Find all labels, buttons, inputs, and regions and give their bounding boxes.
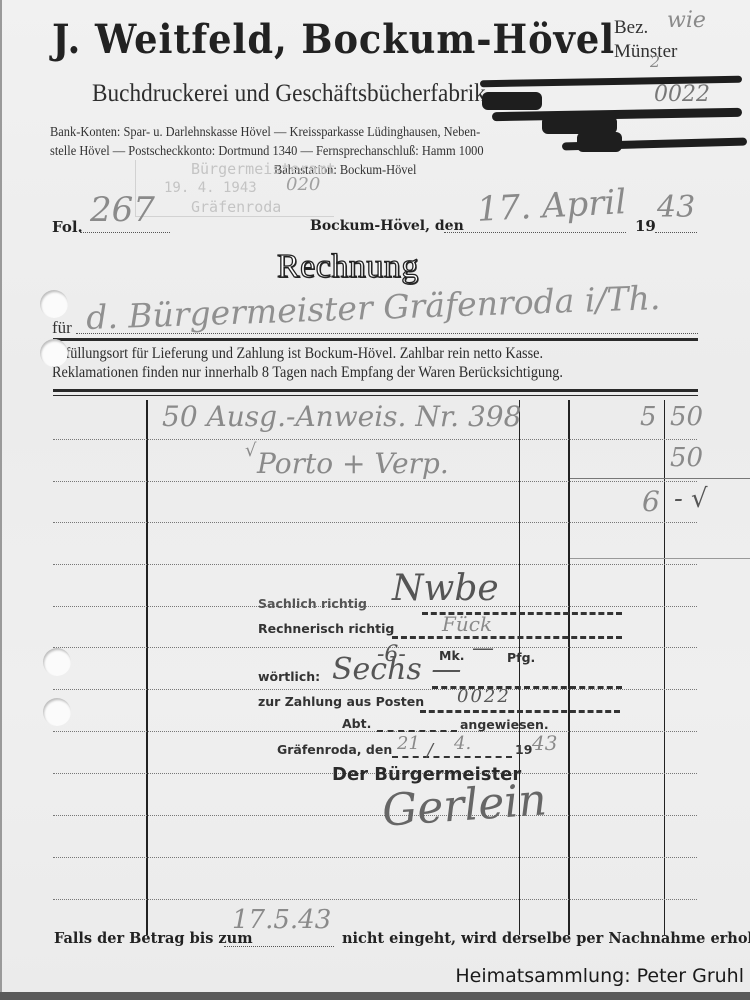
sum-line [570, 478, 750, 479]
terms-line2: Reklamationen finden nur innerhalb 8 Tag… [52, 364, 563, 382]
year-prefix: 19 [635, 217, 656, 235]
handwritten-note-top: wie [667, 8, 706, 33]
table-row-line [53, 857, 697, 858]
woertlich-label: wörtlich: [258, 669, 320, 684]
footer-text-after: nicht eingeht, wird derselbe per Nachnah… [342, 930, 750, 947]
approval-place-label: Gräfenroda, den [277, 742, 392, 757]
recipient-label: für [52, 318, 72, 338]
table-row-line [53, 731, 697, 732]
approval-day[interactable]: 21 [397, 733, 420, 754]
table-row-line [53, 522, 697, 523]
approval-year-prefix: 19 [515, 742, 532, 757]
footer-text-before: Falls der Betrag bis zum [54, 930, 253, 947]
recipient-value[interactable]: d. Bürgermeister Gräfenroda i/Th. [85, 278, 660, 337]
approval-month[interactable]: 4. [454, 733, 471, 754]
date-field-line [444, 232, 626, 233]
bank-accounts-line1: Bank-Konten: Spar- u. Darlehnskasse Höve… [50, 124, 480, 140]
item-amount-pf[interactable]: 50 [670, 443, 703, 473]
item-amount-pf[interactable]: 50 [670, 402, 703, 432]
rechnerisch-label: Rechnerisch richtig [258, 621, 394, 636]
punch-hole [40, 290, 68, 318]
redaction-mark [482, 92, 542, 110]
rechnerisch-signature[interactable]: Fück [442, 612, 492, 636]
table-row-line [53, 481, 697, 482]
amount-pf-value[interactable]: — [472, 636, 494, 661]
punch-hole [43, 698, 71, 726]
item-check-mark: √ [245, 440, 256, 461]
company-subtitle: Buchdruckerei und Geschäftsbücherfabrik [92, 80, 486, 108]
item-amount-mk[interactable]: 6 [642, 485, 660, 518]
receipt-stamp: Bürgermeisteramt 19. 4. 1943 020 Gräfenr… [135, 160, 334, 217]
abt-line [377, 730, 457, 732]
bank-accounts-line2: stelle Hövel — Postscheckkonto: Dortmund… [50, 143, 484, 159]
scan-edge [0, 992, 750, 1000]
place-date-label: Bockum-Hövel, den [310, 218, 464, 234]
mayor-signature[interactable]: Gerlein [380, 774, 548, 836]
approval-year[interactable]: 43 [532, 731, 557, 755]
handwritten-no-prefix: 2 [650, 52, 660, 71]
redaction-mark [577, 132, 622, 152]
date-value[interactable]: 17. April [476, 182, 627, 230]
invoice-paper: J. Weitfeld, Bockum-Hövel Bez. Münster w… [0, 0, 750, 992]
angewiesen-label: angewiesen. [460, 717, 549, 732]
due-date-line [224, 946, 334, 947]
table-row-line [53, 689, 697, 690]
year-field-line [655, 232, 697, 233]
terms-line1: Erfüllungsort für Lieferung und Zahlung … [52, 345, 543, 363]
approval-date-line [392, 756, 512, 758]
table-row-line [53, 606, 697, 607]
table-row-line [53, 899, 697, 900]
sachlich-signature[interactable]: Nwbe [392, 568, 499, 609]
table-row-line [53, 439, 697, 440]
company-name: J. Weitfeld, Bockum-Hövel [52, 16, 615, 63]
posten-line [420, 710, 620, 713]
fol-value[interactable]: 267 [90, 190, 155, 230]
invoice-title: Rechnung [277, 248, 419, 286]
sachlich-label: Sachlich richtig [258, 596, 367, 611]
abt-label: Abt. [342, 716, 371, 731]
divider-rule [53, 389, 698, 392]
fol-field-line [80, 232, 170, 233]
date-separator: / [427, 740, 433, 761]
item-amount-pf[interactable]: - √ [674, 484, 708, 514]
item-description[interactable]: 50 Ausg.-Anweis. Nr. 398 [162, 400, 521, 433]
year-value[interactable]: 43 [657, 190, 695, 225]
fol-label: Fol. [52, 218, 83, 236]
table-row-line [53, 647, 697, 648]
due-date-value[interactable]: 17.5.43 [232, 905, 331, 935]
item-description[interactable]: Porto + Verp. [257, 447, 449, 480]
posten-label: zur Zahlung aus Posten [258, 694, 424, 709]
posten-value[interactable]: 0022 [457, 686, 511, 707]
punch-hole [40, 339, 68, 367]
item-amount-mk[interactable]: 5 [640, 402, 657, 432]
divider-rule [53, 338, 698, 341]
woertlich-value[interactable]: Sechs — [332, 652, 461, 687]
pfg-label: Pfg. [507, 650, 535, 665]
table-row-line [53, 564, 697, 565]
sum-line [570, 558, 750, 559]
rechnerisch-line [392, 636, 622, 639]
divider-rule-thin [53, 395, 698, 396]
table-row-line [53, 815, 697, 816]
collection-watermark: Heimatsammlung: Peter Gruhl [455, 965, 744, 987]
handwritten-no: 0022 [654, 82, 710, 107]
punch-hole [43, 648, 71, 676]
